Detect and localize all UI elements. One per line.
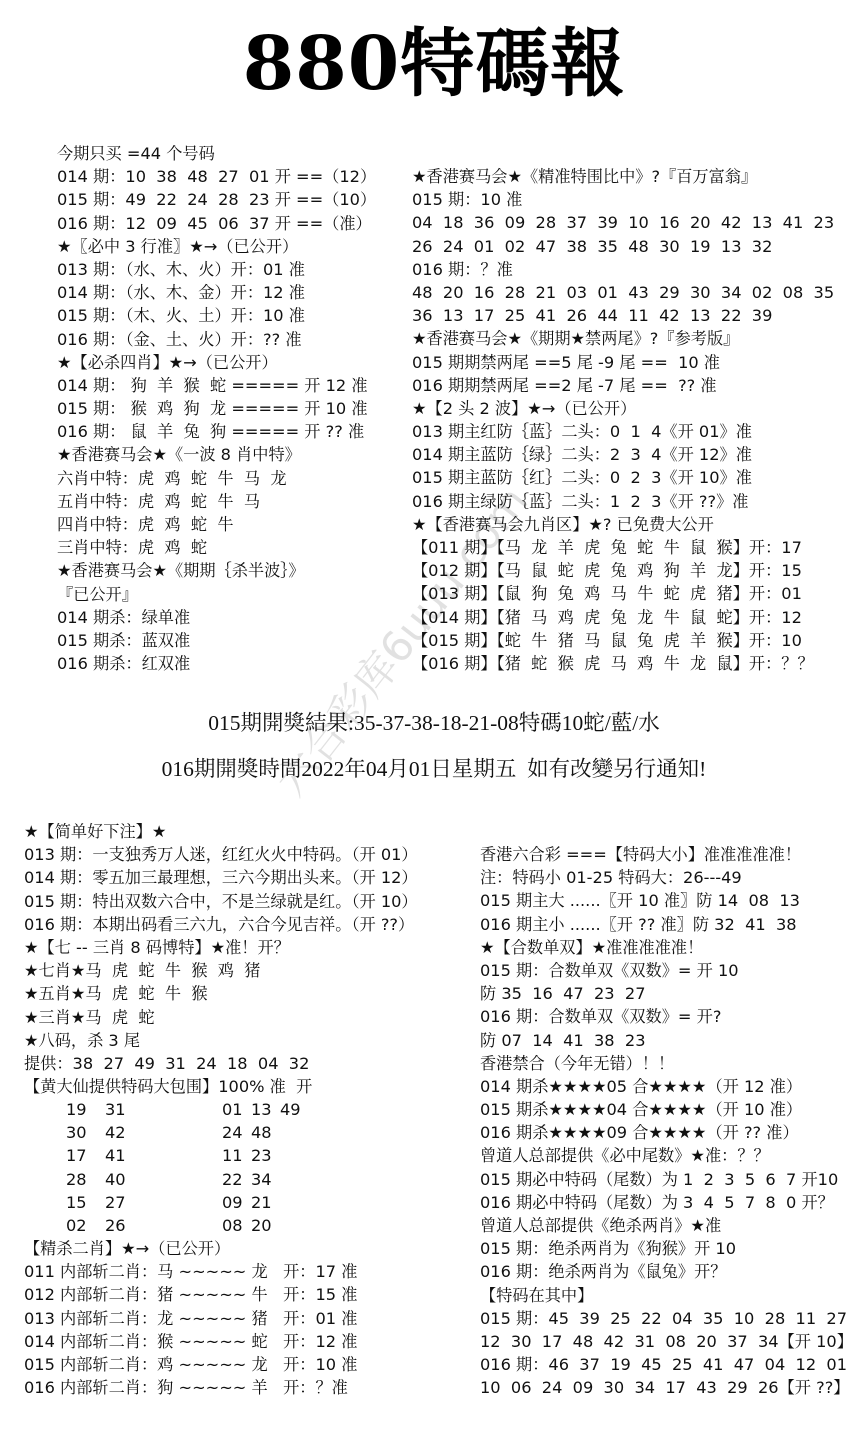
number-row: 1527 — [66, 1191, 144, 1214]
text-line: 011 内部斩二肖：马 ~~~~~ 龙 开：17 准 — [24, 1260, 357, 1283]
bottom-right-column: 香港六合彩 ===【特码大小】准准准准准！注：特码小 01-25 特码大：26-… — [480, 843, 853, 1400]
text-line: 015 期主蓝防｛红｝二头：0 2 3《开 10》准 — [412, 466, 834, 489]
text-line: ★香港赛马会★《精准特围比中》?『百万富翁』 — [412, 165, 834, 188]
number-cell: 24 — [222, 1121, 251, 1144]
number-row: 0921 — [222, 1191, 309, 1214]
text-line: 015 期：45 39 25 22 04 35 10 28 11 27 — [480, 1307, 853, 1330]
text-line: 【015 期】【蛇 牛 猪 马 鼠 兔 虎 羊 猴】开：10 — [412, 629, 834, 652]
text-line: 提供：38 27 49 31 24 18 04 32 — [24, 1052, 418, 1075]
text-line: 013 期：一支独秀万人迷，红红火火中特码。（开 01） — [24, 843, 418, 866]
top-right-column: ★香港赛马会★《精准特围比中》?『百万富翁』015 期：10 准04 18 36… — [412, 165, 834, 675]
text-line: ★【七 -- 三肖 8 码博特】★准！开？ — [24, 936, 418, 959]
text-line: 016 期杀：红双准 — [57, 652, 376, 675]
text-line: 香港禁合（今年无错）！！ — [480, 1052, 853, 1075]
text-line: ★【简单好下注】★ — [24, 820, 418, 843]
text-line: 【特码在其中】 — [480, 1284, 853, 1307]
text-line: 013 期主红防｛蓝｝二头：0 1 4《开 01》准 — [412, 420, 834, 443]
number-cell: 09 — [222, 1191, 251, 1214]
text-line: 015 内部斩二肖：鸡 ~~~~~ 龙 开：10 准 — [24, 1353, 357, 1376]
number-cell: 15 — [66, 1191, 105, 1214]
text-line: ★香港赛马会★《期期★禁两尾》?『参考版』 — [412, 327, 834, 350]
number-row: 011349 — [222, 1098, 309, 1121]
text-line: 48 20 16 28 21 03 01 43 29 30 34 02 08 3… — [412, 281, 834, 304]
number-row: 0820 — [222, 1214, 309, 1237]
text-line: 015 期：49 22 24 28 23 开 ==（10） — [57, 188, 376, 211]
text-line: 016 期：（金、土、火）开：?? 准 — [57, 328, 376, 351]
text-line: ★〖必中 3 行准〗★→（已公开） — [57, 235, 376, 258]
text-line: 015 期杀：蓝双准 — [57, 629, 376, 652]
text-line: 016 期：12 09 45 06 37 开 ==（准） — [57, 212, 376, 235]
text-line: 015 期：（木、火、土）开：10 准 — [57, 304, 376, 327]
text-line: 016 期：？准 — [412, 258, 834, 281]
text-line: 04 18 36 09 28 37 39 10 16 20 42 13 41 2… — [412, 211, 834, 234]
text-line: 曾道人总部提供《绝杀两肖》★准 — [480, 1214, 853, 1237]
number-cell: 26 — [105, 1214, 144, 1237]
text-line: 016 期：46 37 19 45 25 41 47 04 12 01 — [480, 1353, 853, 1376]
number-cell: 19 — [66, 1098, 105, 1121]
number-cell: 40 — [105, 1168, 144, 1191]
text-line: 016 内部斩二肖：狗 ~~~~~ 羊 开：？准 — [24, 1376, 357, 1399]
draw-result-line: 015期開獎結果:35-37-38-18-21-08特碼10蛇/藍/水 — [0, 706, 868, 737]
text-line: 【011 期】【马 龙 羊 虎 兔 蛇 牛 鼠 猴】开：17 — [412, 536, 834, 559]
text-line: 015 期：10 准 — [412, 188, 834, 211]
number-cell: 31 — [105, 1098, 144, 1121]
text-line: 014 期：10 38 48 27 01 开 ==（12） — [57, 165, 376, 188]
text-line: ★【2 头 2 波】★→（已公开） — [412, 397, 834, 420]
number-cell: 01 — [222, 1098, 251, 1121]
text-line: 26 24 01 02 47 38 35 48 30 19 13 32 — [412, 235, 834, 258]
text-line: 今期只买 =44 个号码 — [57, 142, 376, 165]
number-row: 1123 — [222, 1144, 309, 1167]
text-line: 015 期必中特码（尾数）为 1 2 3 5 6 7 开10 — [480, 1168, 853, 1191]
text-line: 10 06 24 09 30 34 17 43 29 26【开 ??】 — [480, 1376, 853, 1399]
number-cell: 49 — [280, 1098, 309, 1121]
bottom-left-column: ★【简单好下注】★013 期：一支独秀万人迷，红红火火中特码。（开 01）014… — [24, 820, 418, 1098]
text-line: 016 期：绝杀两肖为《鼠兔》开？ — [480, 1260, 853, 1283]
text-line: 015 期： 猴 鸡 狗 龙 ===== 开 10 准 — [57, 397, 376, 420]
text-line: 016 期：本期出码看三六九，六合今见吉祥。（开 ??） — [24, 913, 418, 936]
text-line: 『已公开』 — [57, 583, 376, 606]
text-line: ★香港赛马会★《一波 8 肖中特》 — [57, 443, 376, 466]
text-line: 016 期：合数单双《双数》= 开? — [480, 1005, 853, 1028]
number-row: 1931 — [66, 1098, 144, 1121]
text-line: 注：特码小 01-25 特码大：26---49 — [480, 866, 853, 889]
text-line: 【精杀二肖】★→（已公开） — [24, 1237, 357, 1260]
text-line: 【014 期】【猪 马 鸡 虎 兔 龙 牛 鼠 蛇】开：12 — [412, 606, 834, 629]
number-row: 2840 — [66, 1168, 144, 1191]
number-cell: 30 — [66, 1121, 105, 1144]
encircle-grid-right: 01134924481123223409210820 — [222, 1098, 309, 1237]
number-cell: 17 — [66, 1144, 105, 1167]
text-line: ★五肖★马 虎 蛇 牛 猴 — [24, 982, 418, 1005]
text-line: 防 07 14 41 38 23 — [480, 1029, 853, 1052]
text-line: 016 期： 鼠 羊 兔 狗 ===== 开 ?? 准 — [57, 420, 376, 443]
text-line: 014 期杀：绿单准 — [57, 606, 376, 629]
number-cell: 11 — [222, 1144, 251, 1167]
number-cell: 28 — [66, 1168, 105, 1191]
text-line: 016 期必中特码（尾数）为 3 4 5 7 8 0 开？ — [480, 1191, 853, 1214]
bottom-left-kill-two: 【精杀二肖】★→（已公开）011 内部斩二肖：马 ~~~~~ 龙 开：17 准0… — [24, 1237, 357, 1399]
encircle-grid-left: 193130421741284015270226 — [66, 1098, 144, 1237]
number-cell: 21 — [251, 1191, 280, 1214]
number-cell: 22 — [222, 1168, 251, 1191]
text-line: 三肖中特：虎 鸡 蛇 — [57, 536, 376, 559]
text-line: ★【合数单双】★准准准准准！ — [480, 936, 853, 959]
number-row: 2448 — [222, 1121, 309, 1144]
number-row: 3042 — [66, 1121, 144, 1144]
text-line: 015 期期禁两尾 ==5 尾 -9 尾 == 10 准 — [412, 351, 834, 374]
text-line: 016 期主小 ......〖开 ?? 准〗防 32 41 38 — [480, 913, 853, 936]
text-line: 【012 期】【马 鼠 蛇 虎 兔 鸡 狗 羊 龙】开：15 — [412, 559, 834, 582]
text-line: ★香港赛马会★《期期｛杀半波｝》 — [57, 559, 376, 582]
number-cell: 27 — [105, 1191, 144, 1214]
text-line: ★八码，杀 3 尾 — [24, 1029, 418, 1052]
text-line: 014 内部斩二肖：猴 ~~~~~ 蛇 开：12 准 — [24, 1330, 357, 1353]
page-title: 880特碼報 — [0, 14, 868, 114]
text-line: 012 内部斩二肖：猪 ~~~~~ 牛 开：15 准 — [24, 1283, 357, 1306]
number-cell: 13 — [251, 1098, 280, 1121]
text-line: 【黄大仙提供特码大包围】100% 准 开 — [24, 1075, 418, 1098]
text-line: 曾道人总部提供《必中尾数》★准：？？ — [480, 1144, 853, 1167]
text-line: 015 期：绝杀两肖为《狗猴》开 10 — [480, 1237, 853, 1260]
text-line: 014 期： 狗 羊 猴 蛇 ===== 开 12 准 — [57, 374, 376, 397]
text-line: 015 期：合数单双《双数》= 开 10 — [480, 959, 853, 982]
text-line: ★三肖★马 虎 蛇 — [24, 1006, 418, 1029]
text-line: 013 内部斩二肖：龙 ~~~~~ 猪 开：01 准 — [24, 1307, 357, 1330]
number-cell: 34 — [251, 1168, 280, 1191]
text-line: ★【香港赛马会九肖区】★? 已免费大公开 — [412, 513, 834, 536]
text-line: 015 期：特出双数六合中，不是兰绿就是红。（开 10） — [24, 890, 418, 913]
number-row: 1741 — [66, 1144, 144, 1167]
text-line: 016 期主绿防｛蓝｝二头：1 2 3《开 ??》准 — [412, 490, 834, 513]
number-cell: 42 — [105, 1121, 144, 1144]
number-cell: 02 — [66, 1214, 105, 1237]
text-line: 【013 期】【鼠 狗 兔 鸡 马 牛 蛇 虎 猪】开：01 — [412, 582, 834, 605]
text-line: 36 13 17 25 41 26 44 11 42 13 22 39 — [412, 304, 834, 327]
text-line: 五肖中特：虎 鸡 蛇 牛 马 — [57, 490, 376, 513]
text-line: 【016 期】【猪 蛇 猴 虎 马 鸡 牛 龙 鼠】开：？？ — [412, 652, 834, 675]
number-cell: 08 — [222, 1214, 251, 1237]
number-row: 2234 — [222, 1168, 309, 1191]
text-line: 014 期主蓝防｛绿｝二头：2 3 4《开 12》准 — [412, 443, 834, 466]
text-line: ★【必杀四肖】★→（已公开） — [57, 351, 376, 374]
text-line: 014 期：（水、木、金）开：12 准 — [57, 281, 376, 304]
text-line: 防 35 16 47 23 27 — [480, 982, 853, 1005]
next-draw-notice: 016期開獎時間2022年04月01日星期五 如有改變另行通知! — [0, 752, 868, 783]
text-line: 016 期期禁两尾 ==2 尾 -7 尾 == ?? 准 — [412, 374, 834, 397]
text-line: 12 30 17 48 42 31 08 20 37 34【开 10】 — [480, 1330, 853, 1353]
number-cell: 23 — [251, 1144, 280, 1167]
number-row: 0226 — [66, 1214, 144, 1237]
number-cell: 20 — [251, 1214, 280, 1237]
text-line: 014 期：零五加三最理想，三六今期出头来。（开 12） — [24, 866, 418, 889]
text-line: 四肖中特：虎 鸡 蛇 牛 — [57, 513, 376, 536]
text-line: ★七肖★马 虎 蛇 牛 猴 鸡 猪 — [24, 959, 418, 982]
text-line: 014 期杀★★★★05 合★★★★（开 12 准） — [480, 1075, 853, 1098]
text-line: 013 期：（水、木、火）开：01 准 — [57, 258, 376, 281]
number-cell: 48 — [251, 1121, 280, 1144]
text-line: 015 期杀★★★★04 合★★★★（开 10 准） — [480, 1098, 853, 1121]
text-line: 香港六合彩 ===【特码大小】准准准准准！ — [480, 843, 853, 866]
text-line: 六肖中特：虎 鸡 蛇 牛 马 龙 — [57, 467, 376, 490]
text-line: 015 期主大 ......〖开 10 准〗防 14 08 13 — [480, 889, 853, 912]
number-cell: 41 — [105, 1144, 144, 1167]
text-line: 016 期杀★★★★09 合★★★★（开 ?? 准） — [480, 1121, 853, 1144]
top-left-column: 今期只买 =44 个号码014 期：10 38 48 27 01 开 ==（12… — [57, 142, 376, 675]
